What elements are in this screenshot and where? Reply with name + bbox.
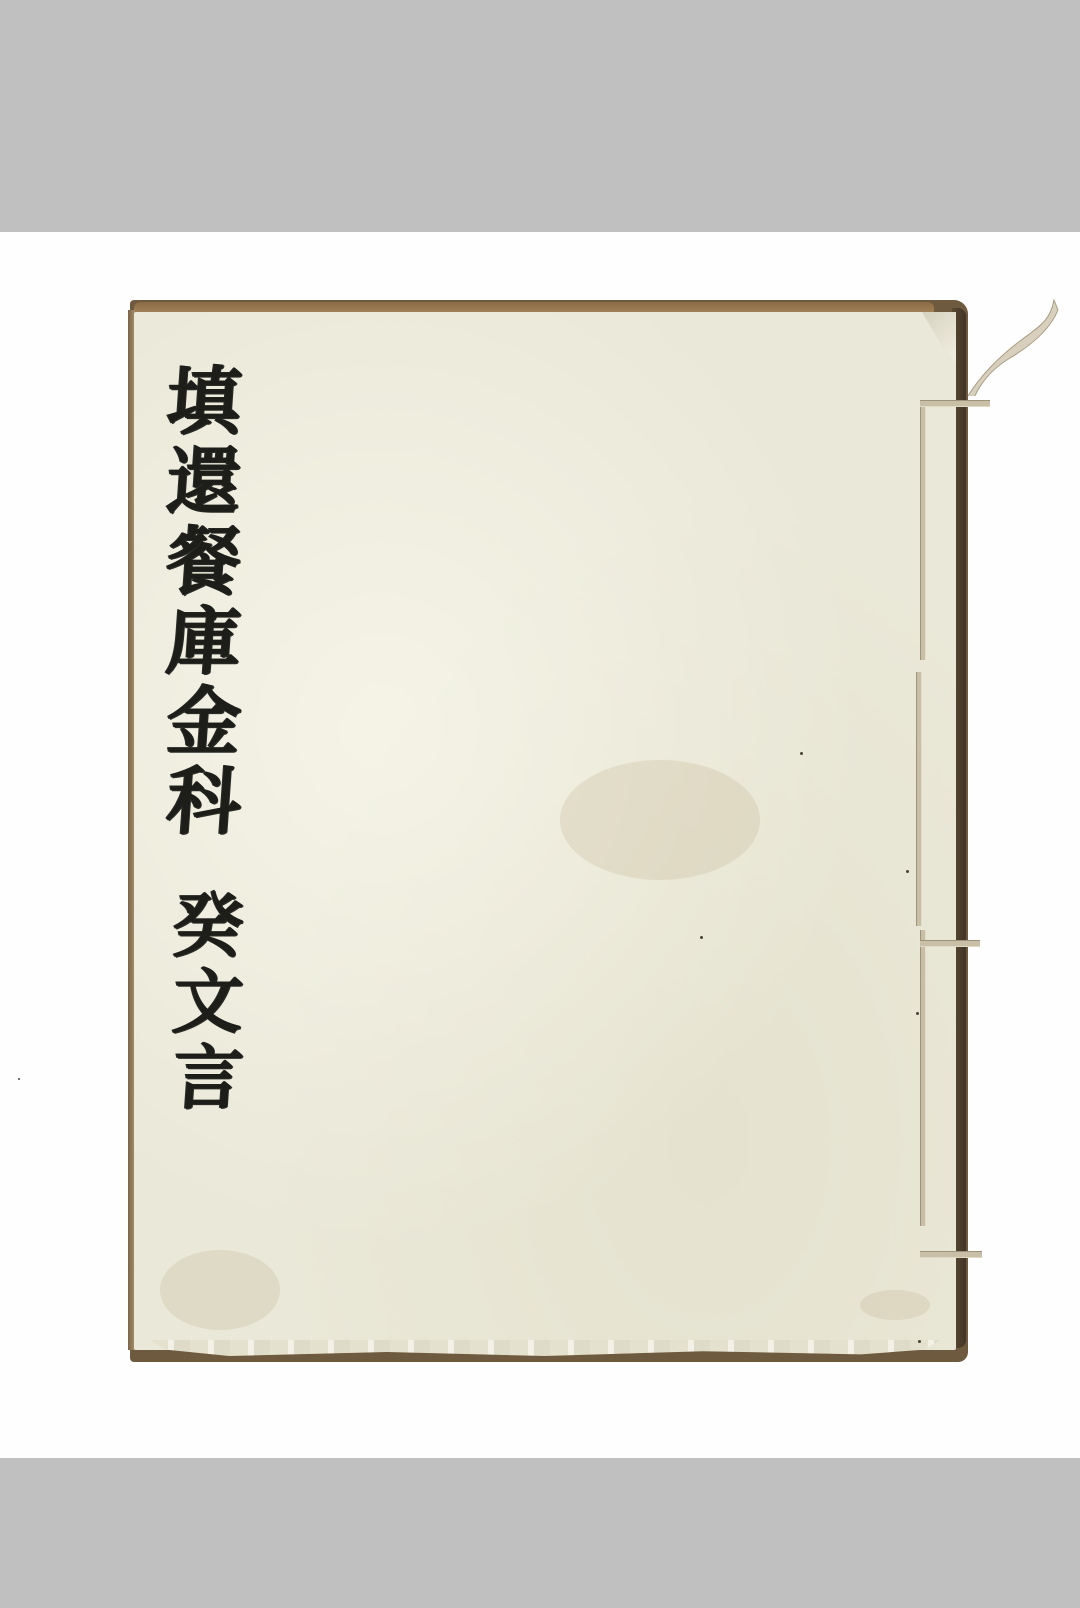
- cover-subtitle: 癸 文 言: [162, 888, 254, 1116]
- subtitle-char: 癸: [170, 888, 245, 964]
- paper-stain: [860, 1290, 930, 1320]
- ink-speck: [916, 1012, 919, 1015]
- ink-speck: [906, 870, 909, 873]
- ink-speck: [918, 1340, 921, 1343]
- subtitle-char: 言: [170, 1040, 245, 1116]
- ink-speck: [800, 752, 803, 755]
- binding-thread-horizontal: [920, 940, 980, 947]
- title-char: 還: [164, 442, 244, 522]
- book-cover: [134, 312, 956, 1350]
- subtitle-char: 文: [170, 964, 245, 1040]
- title-char: 填: [164, 362, 244, 442]
- binding-thread-vertical: [916, 672, 922, 926]
- binding-thread-horizontal: [920, 400, 990, 407]
- title-char: 餐: [164, 522, 244, 602]
- ink-speck: [700, 936, 703, 939]
- paper-stain: [560, 760, 760, 880]
- loose-thread-tail: [960, 286, 1060, 396]
- binding-thread-vertical: [920, 402, 926, 660]
- bottom-grey-band: [0, 1458, 1080, 1608]
- cover-title: 填 還 餐 庫 金 科: [158, 362, 250, 842]
- binding-thread-vertical: [920, 930, 926, 1226]
- ink-speck: [18, 1078, 20, 1080]
- binding-thread-horizontal: [920, 1251, 982, 1258]
- ragged-bottom-edge: [150, 1340, 940, 1356]
- title-char: 科: [164, 762, 244, 842]
- title-char: 庫: [164, 602, 244, 682]
- title-char: 金: [164, 682, 244, 762]
- paper-stain: [160, 1250, 280, 1330]
- top-grey-band: [0, 0, 1080, 232]
